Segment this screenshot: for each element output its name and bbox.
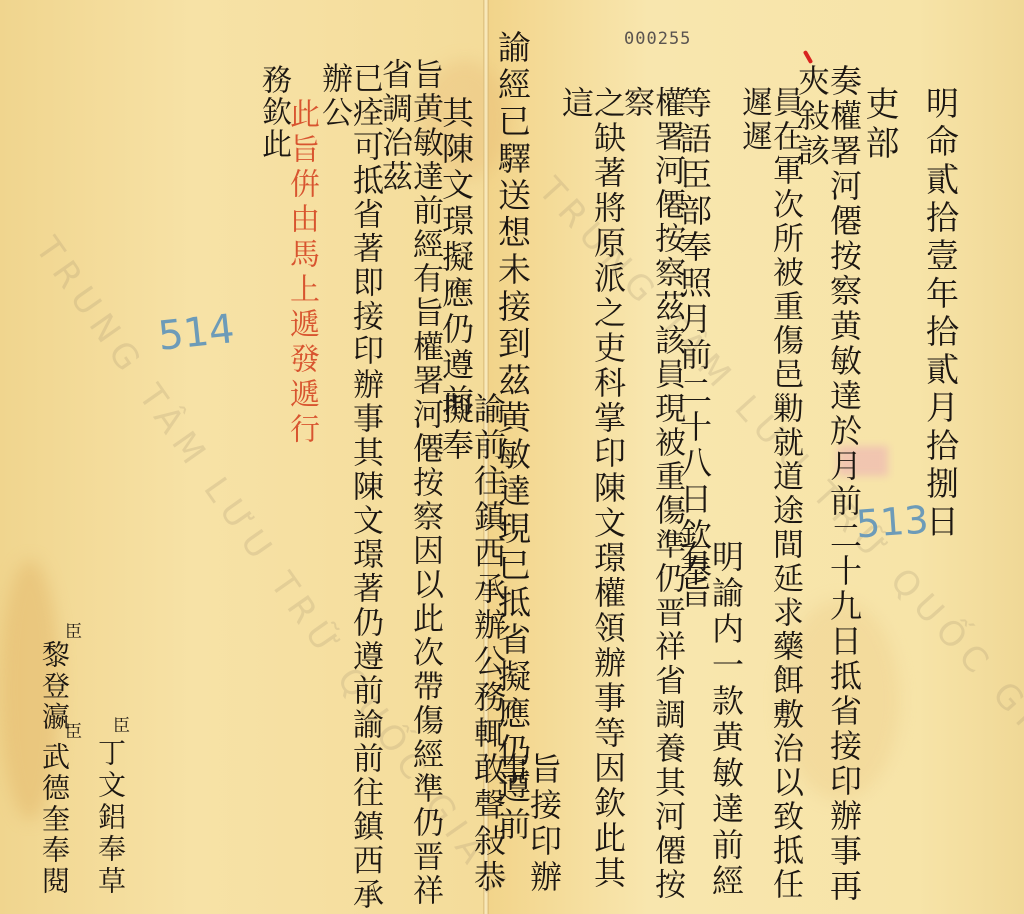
signature-2: 黎登瀛 — [40, 640, 68, 733]
column-7a: 其陳文璟擬應仍遵前 — [440, 96, 472, 420]
signature-2-prefix: 臣 — [62, 622, 79, 639]
column-3b: 明諭内一款黄敏達前經有旨 — [678, 540, 742, 914]
signature-1-prefix: 臣 — [110, 716, 127, 733]
column-4: 權署河僊按察茲該員現被重傷準仍晋祥省調養其河僊按察 — [620, 86, 682, 914]
column-1: 奏權署河僊按察黄敏達於月前二十九日抵省接印辦事再夾敍該 — [796, 64, 860, 914]
pencil-page-number-right: 513 — [855, 498, 930, 547]
column-2: 員在軍次所被重傷邑勦就道途間延求藥餌敷治以致抵任遲遲 — [738, 86, 800, 914]
column-8: 旨黄敏達前經有旨權署河僊按察因以此次帶傷經準仍晋祥省調治茲 — [378, 58, 440, 914]
column-7b: 諭前往鎮西承辦公務輒敢聲敍恭擬奉 — [440, 392, 504, 914]
signature-3: 武德奎奉閱 — [40, 742, 68, 897]
manuscript-sheet: TRUNG TÂM LƯU TRỮ QUỐC GIA I TRUNG TÂM L… — [0, 0, 1024, 914]
archive-number-stamp: 000255 — [624, 29, 691, 49]
pencil-page-number-left: 514 — [156, 306, 237, 360]
column-ministry: 吏部 — [862, 86, 896, 164]
column-10: 務欽此 — [258, 64, 288, 160]
column-5: 之缺著將原派之吏科掌印陳文璟權領辦事等因欽此其這 — [560, 86, 624, 914]
column-date: 明命貳拾壹年拾貳月拾捌日 — [924, 86, 957, 542]
signature-1: 丁文鋁奉草 — [96, 738, 124, 898]
signature-3-prefix: 臣 — [62, 722, 79, 739]
column-9: 已痊可抵省著即接印辦事其陳文璟著仍遵前諭前往鎮西承辦公 — [318, 62, 380, 914]
